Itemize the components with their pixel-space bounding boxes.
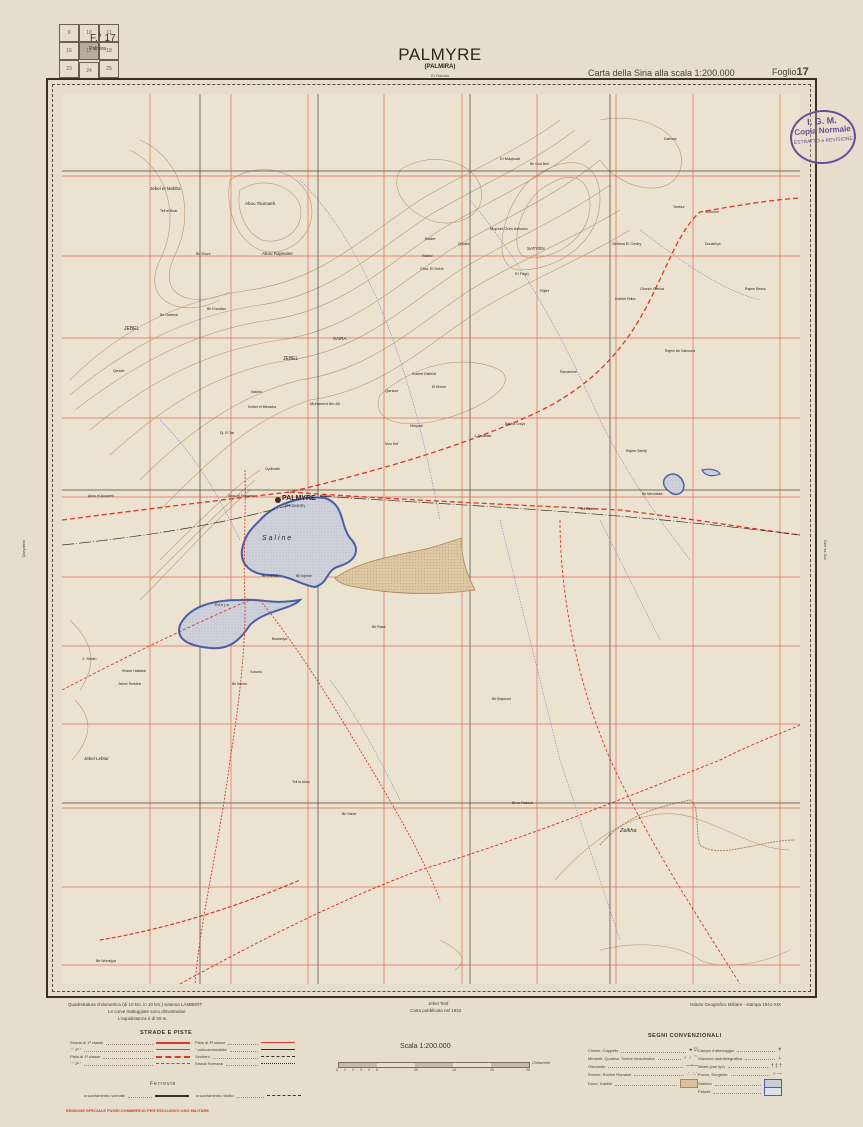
place-label: Rijlet <box>540 288 550 293</box>
place-label: El Khene <box>432 385 446 389</box>
place-label: Bir Saber <box>342 812 357 816</box>
map-symbol-icon: ♠ ⛫ <box>689 1047 698 1054</box>
signs-legend-title: SEGNI CONVENZIONALI <box>648 1033 722 1039</box>
sign-label: Alberi (vari tipi) <box>698 1064 725 1069</box>
place-label: Kreiza <box>320 494 330 498</box>
contour-lines <box>70 118 790 970</box>
map-symbol-icon: —•— <box>686 1063 698 1069</box>
place-label: Bir Mechtaka <box>642 492 662 496</box>
sheet-name: Palmira <box>89 46 106 52</box>
place-label: Ghezir Oerba <box>640 286 665 291</box>
place-label: Khane Hallabat <box>122 669 146 673</box>
place-label: Bader <box>425 236 436 241</box>
legend-label: " autocamionabile <box>195 1047 227 1052</box>
sign-row: Paludé <box>698 1087 782 1096</box>
special-edition-note: EDIZIONE SPECIALE FUORI COMMERCIO PER ES… <box>66 1108 209 1113</box>
map-symbol-icon: ⊥ <box>778 1055 782 1061</box>
place-label: Bir Rasa <box>372 625 385 629</box>
place-label: Jebel Sebleh <box>118 681 141 686</box>
place-label: Rajem Samtji <box>626 449 647 453</box>
place-label: Douakhyé <box>705 242 721 246</box>
sign-row: Campo d'atterraggio✝ <box>698 1047 782 1053</box>
place-label: Dj. El Tar <box>220 431 235 435</box>
legend-row: Strada Romana <box>195 1061 295 1066</box>
palmyra-site-icon <box>275 497 281 503</box>
railway-symbol <box>267 1095 301 1096</box>
legend-row: Pista di 3ª classe <box>195 1040 295 1045</box>
sign-row: Alberi (vari tipi)† ‡ † <box>698 1063 782 1069</box>
grid-black <box>62 94 800 984</box>
place-label: S a l i n e <box>262 535 291 542</box>
equidistance-note: L'equidistanza è di 50 m. <box>118 1016 168 1021</box>
road-symbol <box>261 1049 295 1050</box>
sign-label: Minareti, Qoubba, Tombe musulmane <box>588 1056 655 1061</box>
legend-label: Strada Romana <box>195 1061 223 1066</box>
pond-east-2 <box>702 469 720 475</box>
foglio-number: 17 <box>797 66 809 78</box>
legend-row: Strada di 1ª classe <box>70 1040 190 1045</box>
place-label: Basha Grays <box>505 422 525 426</box>
scale-tick: 20 <box>490 1068 494 1072</box>
dune-swatch-icon <box>680 1079 698 1088</box>
legend-row: " " 2ª " <box>70 1047 190 1052</box>
pipeline <box>62 496 800 545</box>
place-label: Jebel Lebtar <box>84 756 109 761</box>
place-label: Jebel el Mebba <box>150 186 181 191</box>
index-cell-25: 25 <box>99 60 119 78</box>
place-label: Chur El Kebir <box>420 266 444 271</box>
place-label: JEBEL <box>124 326 140 332</box>
place-label: Bir Khowfan <box>207 307 226 311</box>
legend-label: " " 2ª " <box>70 1061 81 1066</box>
sign-row: Chiese, Cappelle♠ ⛫ <box>588 1047 698 1054</box>
place-label: JEBEL <box>283 356 299 362</box>
sign-label: Pozzo, Sorgente <box>698 1072 728 1077</box>
sign-label: Sebkha <box>698 1081 712 1086</box>
sign-label: Chiese, Cappelle <box>588 1048 618 1053</box>
place-label: Bir Baymout <box>492 697 511 701</box>
place-label: El Maqtoub <box>500 156 521 161</box>
place-label: Mohamed Ibn Ali <box>310 401 340 406</box>
place-label: Bir Shore <box>196 252 211 256</box>
published-note: Carta pubblicata nel 1933 <box>410 1008 461 1013</box>
grid-red <box>62 94 800 984</box>
sign-row: Dune, Sabbie <box>588 1079 698 1088</box>
place-label: Bir Gud Beli <box>530 162 549 166</box>
place-label: PALMYRE <box>282 495 316 502</box>
sign-label: Oleodotto <box>588 1064 605 1069</box>
legend-label: Strada di 1ª classe <box>70 1040 103 1045</box>
scale-bar <box>338 1062 530 1068</box>
foglio-text: Foglio <box>772 67 797 77</box>
railway-symbol <box>155 1095 189 1097</box>
scale-tick: 25 <box>526 1068 530 1072</box>
publisher-note: Istituto Geografico Militare - stampa 19… <box>690 1002 781 1007</box>
place-label: Qansar <box>385 388 399 393</box>
place-label: Hekpalé <box>410 424 423 428</box>
scale-tick: 10 <box>414 1068 418 1072</box>
place-label: J. Qwaidan <box>474 434 492 438</box>
place-label: Tell Dakh <box>580 507 594 511</box>
roads-legend-title: STRADE E PISTE <box>140 1030 192 1036</box>
place-label: Tantour <box>673 205 686 209</box>
sign-label: Stazione radiotelegrafica <box>698 1056 742 1061</box>
scale-unit: Chilometri <box>532 1060 550 1065</box>
road-symbol <box>156 1056 190 1058</box>
place-label: Bir Ibrhim <box>232 682 247 686</box>
sign-label: Rovine, Rovine Romane <box>588 1072 631 1077</box>
scale-tick: 3 <box>360 1068 362 1072</box>
place-label: Bir Koubal <box>262 574 278 578</box>
index-cell-9: 9 <box>59 24 79 42</box>
place-label: Dahwa <box>664 136 677 141</box>
place-label: Raled <box>422 253 432 258</box>
road-symbol <box>156 1063 190 1064</box>
place-label: Kulbet el Mesadra <box>248 405 276 409</box>
pond-east-1 <box>664 474 684 494</box>
index-cell-23: 23 <box>59 60 79 78</box>
place-label: Abou el Fouares <box>228 494 254 498</box>
legend-row: " autocamionabile <box>195 1047 295 1052</box>
sign-row: Minareti, Qoubba, Tombe musulmane♁ ♁ ⌃ <box>588 1055 698 1061</box>
legend-label: Pista di 3ª classe <box>195 1040 225 1045</box>
place-label: Tell el Ariso <box>292 780 310 784</box>
sign-label: Campo d'atterraggio <box>698 1048 734 1053</box>
place-label: Nakhle <box>251 390 262 394</box>
railways-title: Ferrovie <box>150 1081 176 1087</box>
place-label: SATYEN <box>527 246 545 251</box>
contour-note: Le curve tratteggiate sono dimostrative <box>108 1009 186 1014</box>
place-label: Qwaid <box>458 241 469 246</box>
zelkha-outline <box>600 800 795 851</box>
railway-row: a scartamento ridotto <box>196 1093 301 1098</box>
place-label: Qeseil <box>113 368 124 373</box>
road-symbol <box>261 1056 295 1057</box>
map-subtitle: (PALMIRA) <box>380 64 500 70</box>
map-body[interactable]: PALMYRE(TEDMOR)S a l i n eEd e j aBir Ko… <box>62 94 800 984</box>
sign-row: Stazione radiotelegrafica⊥ <box>698 1055 782 1061</box>
scale-title: Scala 1:200.000 <box>400 1043 451 1050</box>
place-label: Soukhné <box>705 210 719 214</box>
railway-label: a scartamento ridotto <box>196 1093 234 1098</box>
map-symbol-icon: † ‡ † <box>771 1063 782 1069</box>
scale-tick: 2 <box>352 1068 354 1072</box>
legend-row: Sentiero <box>195 1054 295 1059</box>
map-drawing: PALMYRE(TEDMOR)S a l i n eEd e j aBir Ko… <box>62 94 800 984</box>
place-label: Bustaniya <box>272 637 287 641</box>
railway-label: a scartamento normale <box>84 1093 125 1098</box>
place-label: Mojmet Oum Asfoura <box>490 226 528 231</box>
road-symbol <box>261 1063 295 1064</box>
scale-tick: 1 <box>344 1068 346 1072</box>
place-label: Rajem Besso <box>745 287 766 291</box>
sign-row: Rovine, Rovine Romane∴ ∴∴ <box>588 1071 698 1077</box>
place-label: SAIRA <box>333 336 347 341</box>
scale-tick: 15 <box>452 1068 456 1072</box>
map-symbol-icon: ∴ ∴∴ <box>687 1071 698 1077</box>
place-label: Bir Oweinat <box>160 313 178 317</box>
scale-tick: 0 <box>336 1068 338 1072</box>
place-label: (TEDMOR) <box>285 503 306 508</box>
legend-label: " " 2ª " <box>70 1047 81 1052</box>
place-label: Sebbat El Gedry <box>612 241 641 246</box>
place-label: Oydinade <box>265 467 280 471</box>
sign-label: Dune, Sabbie <box>588 1081 612 1086</box>
series-label: Carta della Siria alla scala 1:200.000 <box>588 68 735 78</box>
map-symbol-icon: ♁ ♁ ⌃ <box>684 1055 698 1061</box>
place-label: Ramaminé <box>560 370 577 374</box>
road-symbol <box>156 1049 190 1050</box>
sign-label: Paludé <box>698 1089 710 1094</box>
place-label: Zelkha <box>619 828 637 834</box>
road-symbol <box>156 1042 190 1044</box>
place-label: Sokaria <box>250 670 262 674</box>
place-label: El Fayrj <box>515 271 529 276</box>
foglio-label: Foglio17 <box>772 66 809 78</box>
place-label: Bir er Rahout <box>512 801 533 805</box>
road-symbol <box>261 1042 295 1043</box>
place-label: Bir Wunarjya <box>96 959 116 963</box>
place-label: Abou Toumaeh <box>245 201 276 206</box>
index-cell-16: 16 <box>59 42 79 60</box>
place-label: Kubbet Dakhlaf <box>412 372 436 376</box>
scale-tick: 5 <box>376 1068 378 1072</box>
place-label: Ed e j a <box>215 602 229 607</box>
place-label: J. Selah <box>82 656 96 661</box>
sign-row: Oleodotto—•— <box>588 1063 698 1069</box>
legend-label: Sentiero <box>195 1054 210 1059</box>
sheet-number: F.° 17 <box>90 33 116 44</box>
place-label: Kubbet Rdba <box>615 297 635 301</box>
map-symbol-icon: ✝ <box>778 1047 782 1053</box>
legend-row: Pista di 1ª classe <box>70 1054 190 1059</box>
place-label: Rajem Ab Sabouna <box>665 349 695 353</box>
legend-label: Pista di 1ª classe <box>70 1054 100 1059</box>
legend-row: " " 2ª " <box>70 1061 190 1066</box>
place-label: Abou el Aouareb <box>88 494 114 498</box>
map-title: PALMYRE <box>380 45 500 65</box>
marsh-swatch-icon <box>764 1087 782 1096</box>
map-symbol-icon: ○ — <box>773 1071 782 1077</box>
scale-tick: 4 <box>368 1068 370 1072</box>
railway-row: a scartamento normale <box>84 1093 189 1098</box>
place-label: Mon Sef <box>385 442 398 446</box>
side-label-right: Deir ez Zor <box>823 540 828 560</box>
place-label: Abou Rajmaine <box>262 251 293 256</box>
sign-row: Pozzo, Sorgente○ — <box>698 1071 782 1077</box>
place-label: Bir Injeme <box>296 574 312 578</box>
bottom-neighbor-sheet: Jebel Tenf <box>428 1001 448 1006</box>
side-label-left: Qaryatein <box>21 540 26 557</box>
place-label: Tell el Boar <box>160 209 178 213</box>
grid-note: Quadrettatura chilometrica (di 10 km. in… <box>68 1002 202 1007</box>
